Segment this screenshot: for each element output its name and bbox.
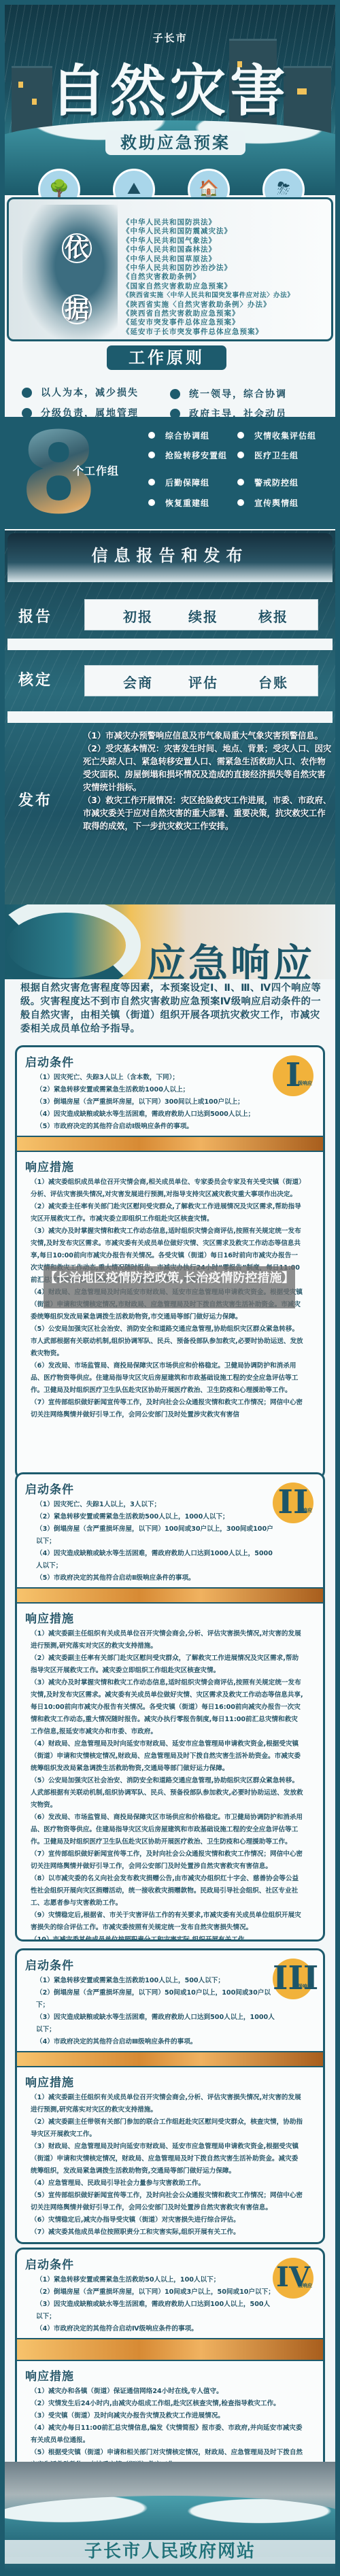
publish-paragraph: （3）救灾工作开展情况：灾区抢险救灾工作进展，市委、市政府、市减灾委关于应对自然… <box>83 794 333 833</box>
publish-label: 发布 <box>18 789 52 810</box>
measure-item: （5）公安局加强灾区社会治安、消防安全和道路交通应急管理,协助组织灾区群众紧急转… <box>17 1775 323 1812</box>
level-badge: II级响应 <box>273 1482 313 1523</box>
law-item: 《中华人民共和国防震减灾法》 <box>122 227 294 236</box>
measure-item: （1）减灾办和各镇（街道）保证通信网络24小时在线,专人值守。 <box>17 2386 323 2398</box>
report-item: 核报 <box>258 606 288 626</box>
group-item: 宣传舆情组 <box>254 497 299 509</box>
level-card-4: IV级响应 启动条件 （1）紧急转移安置或需紧急生活救助50人以上，100人以下… <box>15 2248 325 2482</box>
level-card-2: II级响应 启动条件 （1）因灾死亡、失踪1人以上，3人以下； （2）紧急转移安… <box>15 1472 325 1942</box>
condition-item: （3）倒塌房屋（含严重损坏房屋，以下同）100间或30户以上，300间或100户… <box>17 1523 323 1548</box>
measures-heading: 响应措施 <box>25 1609 323 1626</box>
measure-item: （3）财政局、应急管理局及时向延安市财政局、延安市应急管理局申请救灾资金,根据受… <box>17 2141 323 2177</box>
measures-list: （1）减灾委副主任组织有关成员单位召开灾情会商会,分析、评估灾害损失情况,对灾害… <box>17 1628 323 1942</box>
measure-item: （2）减灾委副主任带领有关部门参加的联合工作组赶赴灾区慰问受灾群众，核查灾情，协… <box>17 2116 323 2141</box>
verify-item: 台账 <box>258 672 288 692</box>
measure-item: （5）公安局加强灾区社会治安、消防安全和道路交通应急管理,协助组织灾区群众紧急转… <box>17 1323 323 1360</box>
law-item: 《延安市子长市突发事件总体应急预案》 <box>122 328 294 337</box>
main-title: 自然灾害 <box>5 47 335 126</box>
basis-char: 据 <box>62 294 92 324</box>
condition-item: （4）市政府决定的其他符合启动Ⅲ级响应条件的事项。 <box>17 2036 323 2048</box>
measure-item: （7）减灾委其他成员单位按照职责分工和灾害实际,组织开展有关工作。 <box>17 2226 323 2239</box>
law-item: 《陕西省实施〈中华人民共和国突发事件应对法〉办法》 <box>122 291 294 300</box>
overlay-caption: 【长治地区疫情防控政策,长治疫情防控措施】 <box>44 1266 295 1308</box>
publish-paragraph: （2）受灾基本情况：灾害发生时间、地点、背景；受灾人口、因灾死亡失踪人口、紧急转… <box>83 743 333 794</box>
measure-item: （4）财政局、应急管理局及时向延安市财政局、延安市应急管理局申请救灾资金,根据受… <box>17 1738 323 1775</box>
group-item: 灾情收集评估组 <box>254 430 316 441</box>
verify-label: 核定 <box>18 668 52 690</box>
response-title: 应急响应 <box>146 932 315 979</box>
hero-banner: 子长市 自然灾害 救助应急预案 <box>5 5 335 195</box>
measure-item: （6）发改局、市场监管局、商投局保障灾区市场供应和价格稳定。市卫健局协调防护和消… <box>17 1812 323 1848</box>
level-badge: III级响应 <box>273 1959 313 1999</box>
law-list: 《中华人民共和国防洪法》 《中华人民共和国防震减灾法》 《中华人民共和国气象法》… <box>122 218 294 337</box>
work-groups-panel: 8 个工作组 综合协调组 灾情收集评估组 抢险转移安置组 医疗卫生组 后勤保障组… <box>5 417 335 529</box>
law-item: 《中华人民共和国防沙治沙法》 <box>122 264 294 273</box>
info-report-section: 信息报告和发布 报告 初报 续报 核报 核定 会商 评估 台账 发布 （1）市减… <box>5 530 335 935</box>
law-item: 《中华人民共和国防洪法》 <box>122 218 294 227</box>
measure-item: （7）宣传部组织做好新闻宣传等工作，及时向社会公众通报灾情和救灾工作情况；网信中… <box>17 1848 323 1873</box>
principle-item: 统一领导，综合协调 <box>189 387 287 401</box>
measure-item: （2）减灾委副主任率有关部门赴灾区慰问受灾群众，了解救灾工作进展情况及灾区需求,… <box>17 1653 323 1677</box>
publish-paragraph: （1）市减灾办预警响应信息及市气象局重大气象灾害预警信息。 <box>83 730 333 743</box>
footer-banner: 子长市人民政府网站 <box>5 2462 335 2571</box>
measure-item: （1）减灾委组织成员单位召开灾情会商,相关成员单位、专家委员会专家及有关受灾镇（… <box>17 1176 323 1201</box>
wave-artwork <box>5 904 141 979</box>
decorative-strip <box>17 2338 323 2361</box>
legal-basis-panel: 依 据 《中华人民共和国防洪法》 《中华人民共和国防震减灾法》 《中华人民共和国… <box>7 197 333 341</box>
measure-item: （1）减灾委副主任组织有关成员单位召开灾情会商会,分析、评估灾害损失情况,对灾害… <box>17 2092 323 2116</box>
verify-item: 会商 <box>123 672 153 692</box>
measure-item: （1）减灾委副主任组织有关成员单位召开灾情会商会,分析、评估灾害损失情况,对灾害… <box>17 1628 323 1653</box>
measure-item: （5）宣传部组织做好新闻宣传等工作，及时向社会公众通报灾情和救灾工作情况；网信中… <box>17 2190 323 2214</box>
site-name: 子长市人民政府网站 <box>5 2540 335 2564</box>
condition-item: （3）因灾造成缺粮或缺水等生活困难，需政府救助人口达到100人以上，500人以下… <box>17 2299 323 2323</box>
group-item: 综合协调组 <box>165 430 209 441</box>
measure-item: （2）减灾委主任率有关部门赴灾区慰问受灾群众,了解救灾工作进展情况及灾区需求,帮… <box>17 1201 323 1225</box>
law-item: 《中华人民共和国草原法》 <box>122 255 294 264</box>
law-item: 《中华人民共和国气象法》 <box>122 237 294 245</box>
report-box: 初报 续报 核报 <box>84 599 318 630</box>
divider <box>7 639 333 650</box>
decorative-strip <box>17 1136 323 1152</box>
subtitle: 救助应急预案 <box>105 131 245 155</box>
level-badge: IV级响应 <box>273 2258 313 2299</box>
measure-item: （4）应急管理局、民政局引导社会力量参与灾害救助工作。 <box>17 2177 323 2190</box>
condition-item: （3）倒塌房屋（含严重损坏房屋，以下同）300间以上或100户以上； <box>17 1096 323 1108</box>
report-label: 报告 <box>18 605 52 626</box>
condition-item: （4）市政府决定的其他符合启动Ⅳ级响应条件的事项。 <box>17 2323 323 2335</box>
condition-item: （4）因灾造成缺粮或缺水等生活困难，需政府救助人口达到5000人以上； <box>17 1108 323 1121</box>
report-item: 初报 <box>123 606 153 626</box>
publish-content: （1）市减灾办预警响应信息及市气象局重大气象灾害预警信息。 （2）受灾基本情况：… <box>83 730 333 833</box>
divider <box>7 711 333 723</box>
measure-item: （2）灾情发生后24小时内,由减灾办组成工作组,赴灾区核查灾情,检查指导救灾工作… <box>17 2398 323 2410</box>
principles-title: 工作原则 <box>107 345 226 370</box>
measure-item: （9）灾情稳定后,根据省、市关于灾害评估工作的有关要求,市减灾委有关成员单位组织… <box>17 1910 323 1934</box>
measure-item: （8）以市减灾委的名义向社会发布救灾捐赠公告,由市减灾办组织红十字会、慈善协会等… <box>17 1873 323 1910</box>
basis-char: 依 <box>62 233 92 263</box>
measure-item: （7）宣传部组织做好新闻宣传等工作，及时向社会公众通报灾情和救灾工作情况；网信中… <box>17 1397 323 1421</box>
decorative-strip <box>17 2051 323 2067</box>
decorative-strip <box>17 1587 323 1604</box>
level-card-3: III级响应 启动条件 （1）紧急转移安置或需紧急生活救助100人以上，500人… <box>15 1948 325 2244</box>
measure-item: （6）发改局、市场监管局、商投局保障灾区市场供应和价格稳定。卫健局协调防护和消杀… <box>17 1360 323 1397</box>
condition-item: （4）因灾造成缺粮或缺水等生活困难，需政府救助人口达到1000人以上，5000人… <box>17 1548 323 1572</box>
condition-item: （3）因灾造成缺粮或缺水等生活困难，需政府救助人口达到500人以上，1000人以… <box>17 2012 323 2036</box>
law-item: 《陕西省自然灾害救助应急预案》 <box>122 309 294 318</box>
condition-item: （5）市政府决定的其他符合启动Ⅰ级响应条件的事项。 <box>17 1121 323 1133</box>
level-badge: I级响应 <box>273 1055 313 1096</box>
group-item: 医疗卫生组 <box>254 450 299 461</box>
verify-box: 会商 评估 台账 <box>84 665 318 696</box>
measure-item: （6）灾情稳定后,减灾办指导受灾镇（街道）对灾害损失进行综合评估。 <box>17 2214 323 2226</box>
verify-item: 评估 <box>188 672 218 692</box>
measures-heading: 响应措施 <box>25 1157 323 1174</box>
condition-item: （5）市政府决定的其他符合启动Ⅱ级响应条件的事项。 <box>17 1572 323 1584</box>
measures-heading: 响应措施 <box>25 2073 323 2090</box>
law-item: 《自然灾害救助条例》 <box>122 273 294 282</box>
measure-item: （10）市减灾委其他成员单位按照职责分工和灾害实际,组织开展有关工作。 <box>17 1934 323 1942</box>
law-item: 《国家自然灾害救助应急预案》 <box>122 282 294 291</box>
group-item: 后勤保障组 <box>165 477 209 488</box>
info-title: 信息报告和发布 <box>7 533 333 582</box>
measure-item: （3）受灾镇（街道）及时向减灾办报告灾情及救灾工作进展情况。 <box>17 2410 323 2422</box>
level-card-1: I级响应 启动条件 （1）因灾死亡、失踪3人以上（含本数，下同）； （2）紧急转… <box>15 1045 325 1479</box>
measures-list: （1）减灾委副主任组织有关成员单位召开灾情会商会,分析、评估灾害损失情况,对灾害… <box>17 2092 323 2239</box>
city-name: 子长市 <box>5 31 335 45</box>
measures-heading: 响应措施 <box>25 2367 323 2384</box>
principle-item: 以人为本，减少损失 <box>41 386 139 399</box>
group-item: 抢险转移安置组 <box>165 450 227 461</box>
measure-item: （3）减灾办及时掌握灾情和救灾工作动态信息,适时组织灾情会商评估,按照有关规定统… <box>17 1677 323 1738</box>
law-item: 《陕西省实施〈自然灾害救助条例〉办法》 <box>122 301 294 309</box>
law-item: 《中华人民共和国森林法》 <box>122 245 294 254</box>
group-count-label: 个工作组 <box>73 462 119 478</box>
report-item: 续报 <box>188 606 218 626</box>
law-item: 《延安市突发事件总体应急预案》 <box>122 318 294 327</box>
response-banner: 应急响应 <box>5 904 335 979</box>
group-item: 恢复重建组 <box>165 497 209 509</box>
response-intro: 根据自然灾害危害程度等因素，本预案设定Ⅰ、Ⅱ、Ⅲ、Ⅳ四个响应等级。灾害程度达不到… <box>20 981 323 1036</box>
measure-item: （4）减灾办每日11:00前汇总灾情信息,编发《灾情简报》报市委、市政府,并向延… <box>17 2422 323 2447</box>
group-item: 警戒防控组 <box>254 477 299 488</box>
